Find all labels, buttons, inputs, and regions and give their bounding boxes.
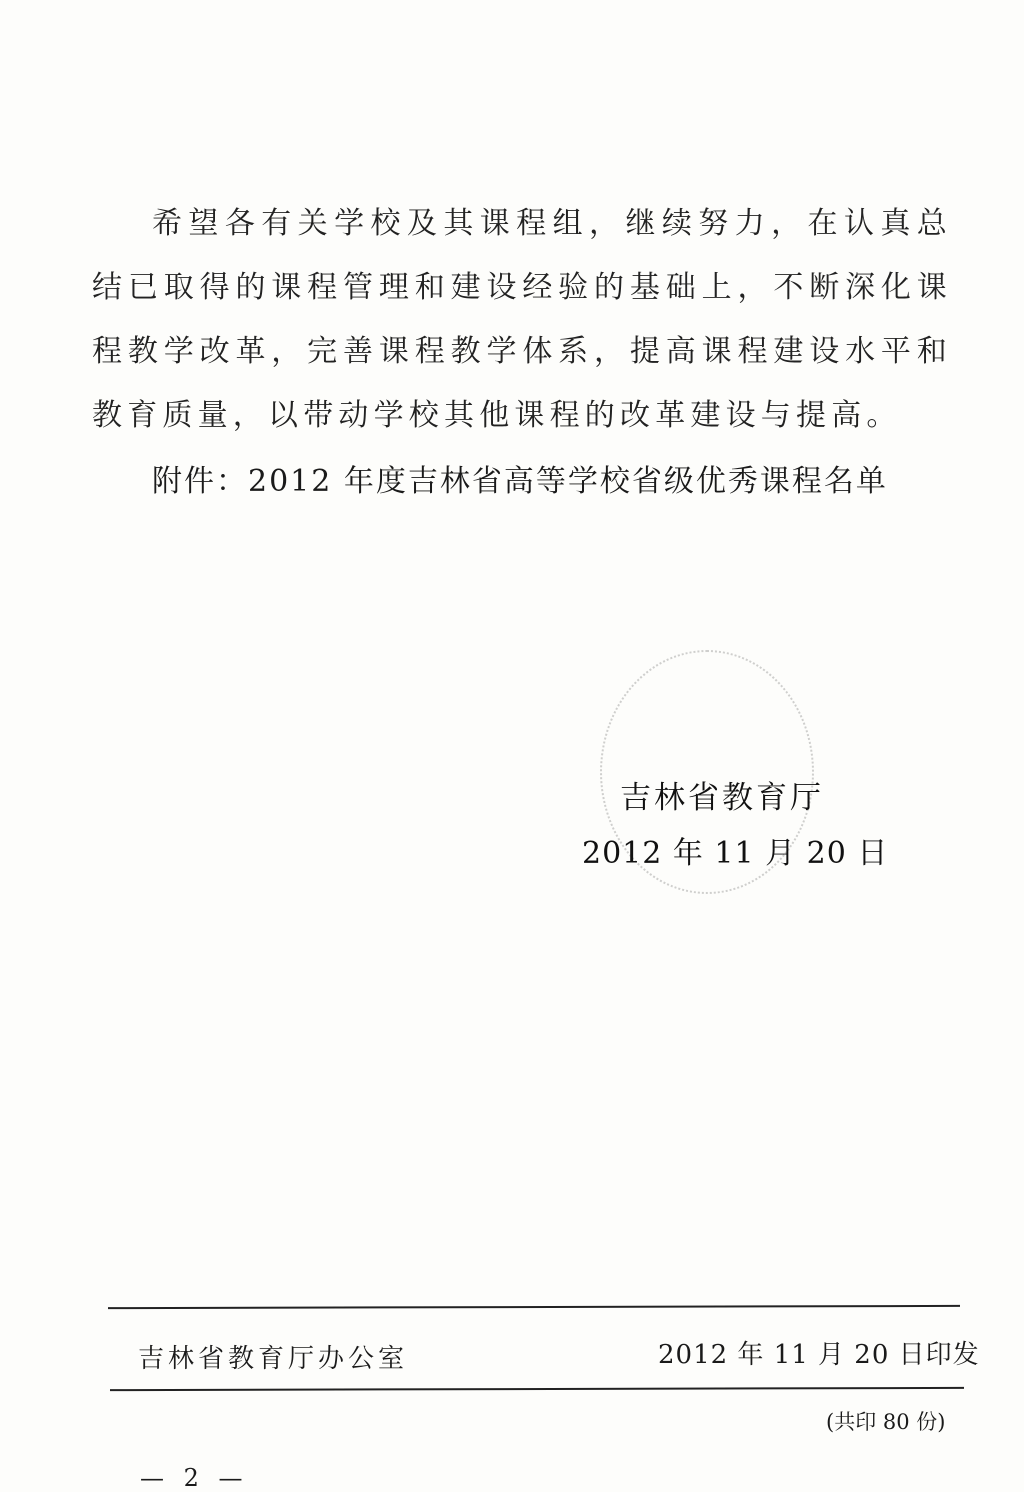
footer-top-divider	[108, 1305, 960, 1309]
footer-issuer: 吉林省教育厅办公室	[138, 1338, 408, 1375]
footer-bottom-divider	[110, 1387, 964, 1391]
page-number: — 2 —	[140, 1464, 249, 1492]
body-paragraph: 希望各有关学校及其课程组，继续努力，在认真总结已取得的课程管理和建设经验的基础上…	[92, 192, 952, 448]
attachment-line: 附件：2012 年度吉林省高等学校省级优秀课程名单	[152, 456, 888, 500]
document-page: 希望各有关学校及其课程组，继续努力，在认真总结已取得的课程管理和建设经验的基础上…	[0, 0, 1024, 1492]
print-copies: (共印 80 份)	[826, 1406, 945, 1436]
footer-issue-date: 2012 年 11 月 20 日印发	[658, 1334, 980, 1371]
signing-organization: 吉林省教育厅	[620, 772, 824, 817]
signing-date: 2012 年 11 月 20 日	[582, 828, 888, 872]
